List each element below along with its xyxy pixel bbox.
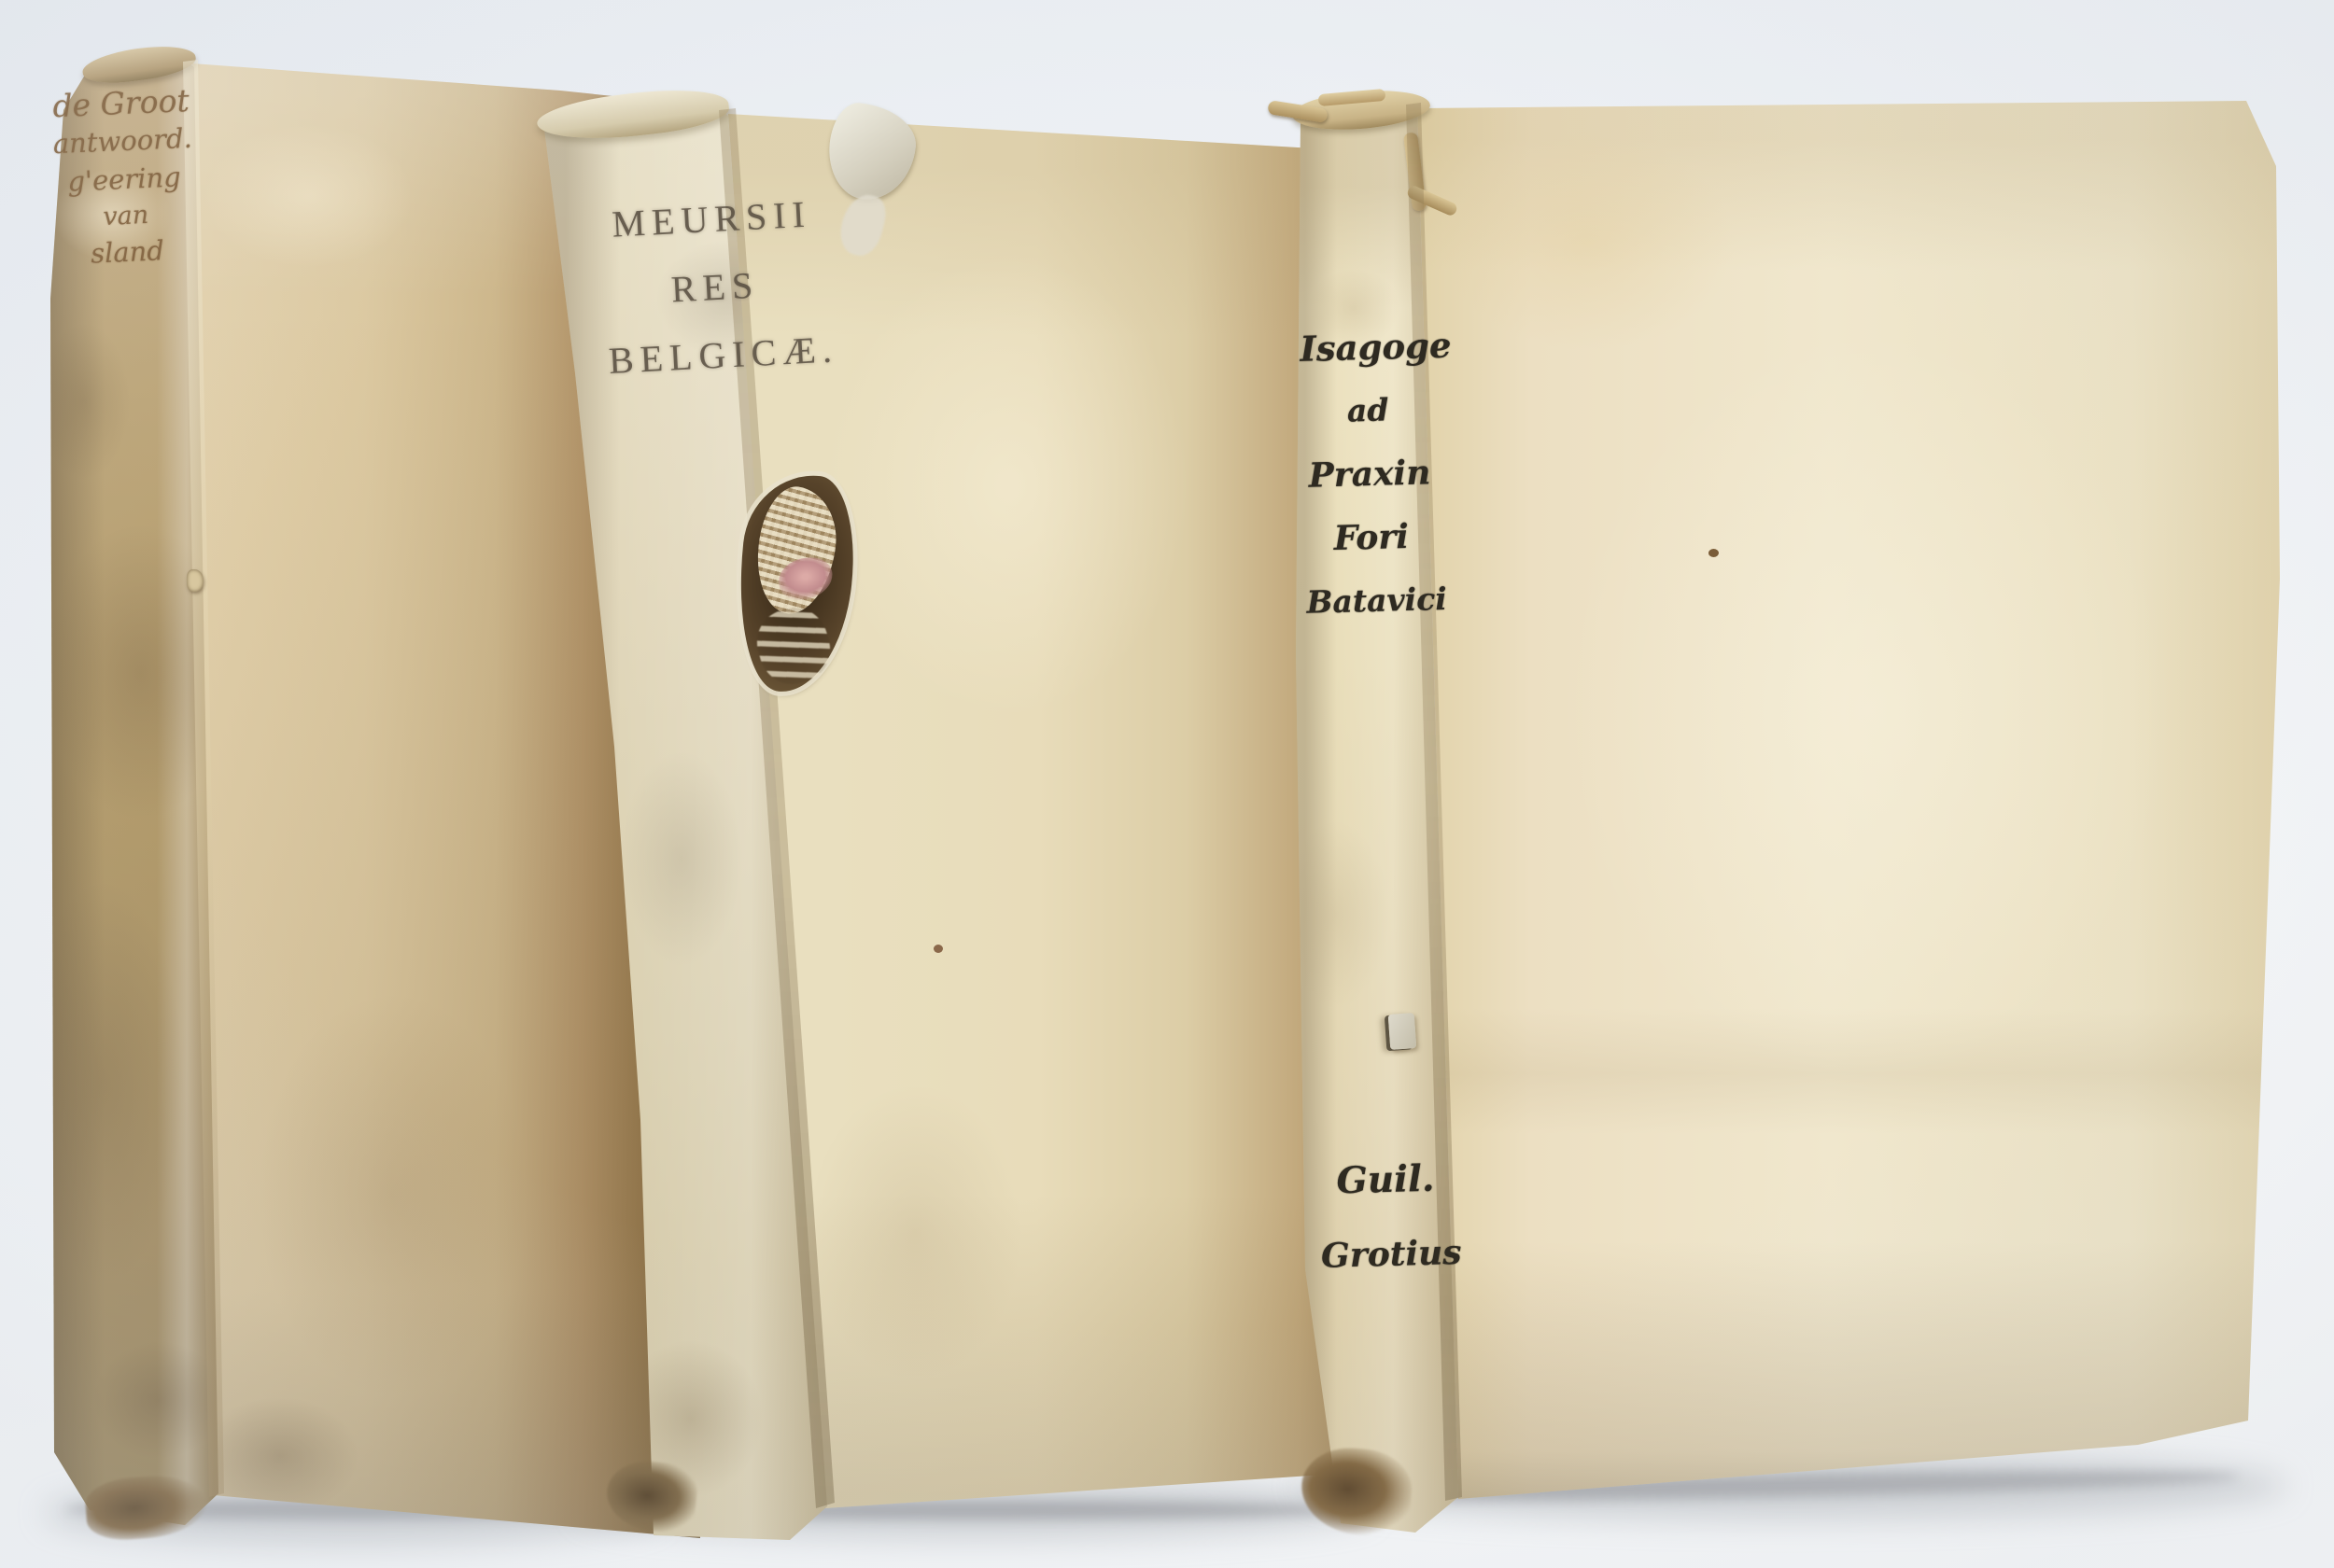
photo-scene: de Groot antwoord. g'eering van sland ME… bbox=[0, 0, 2334, 1568]
book-right-spine-inscription: Isagoge ad Praxin Fori Batavici bbox=[1300, 314, 1441, 635]
spine-inscription-line: ad bbox=[1301, 377, 1435, 444]
spine-inscription-line: Fori bbox=[1304, 504, 1439, 571]
book-right-cover bbox=[0, 0, 2334, 1568]
spine-inscription-line: Grotius bbox=[1320, 1215, 1455, 1294]
book-right-parchment-tab bbox=[1388, 1013, 1417, 1050]
book-right: Isagoge ad Praxin Fori Batavici Guil. Gr… bbox=[0, 0, 2334, 1568]
spine-inscription-line: Praxin bbox=[1302, 441, 1437, 508]
spine-inscription-line: Guil. bbox=[1318, 1141, 1453, 1219]
book-right-spine-author-inscription: Guil. Grotius bbox=[1318, 1141, 1455, 1294]
spine-inscription-line: Isagoge bbox=[1300, 314, 1434, 381]
spine-inscription-line: Batavici bbox=[1306, 567, 1441, 635]
book-right-cover-stain bbox=[1708, 549, 1719, 557]
